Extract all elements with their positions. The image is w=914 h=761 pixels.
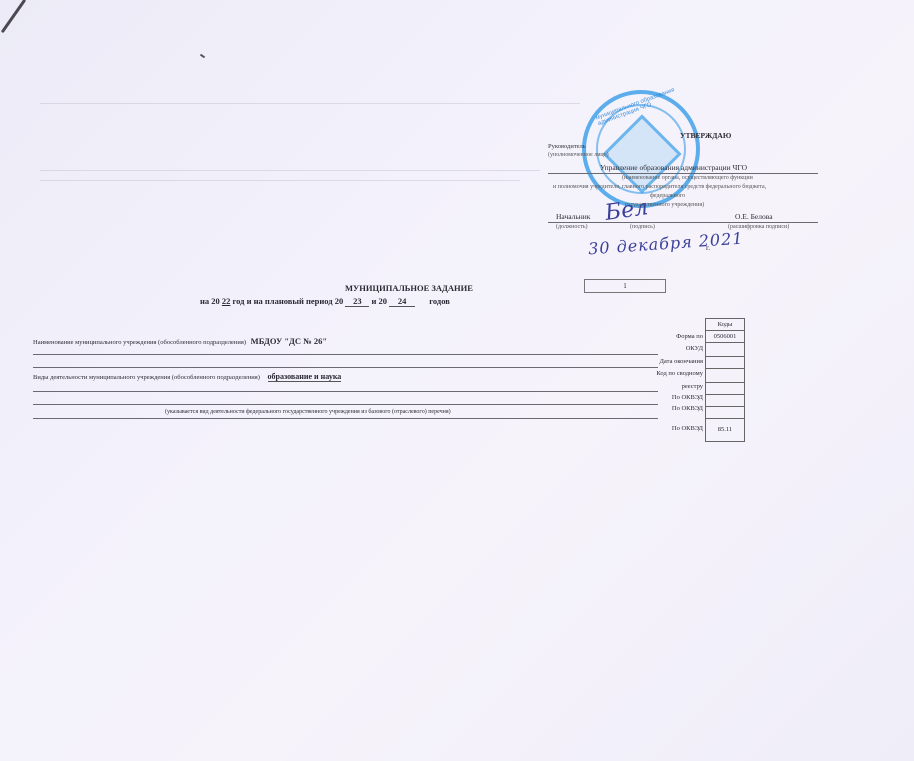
organization-note: и полномочия учредителя, главного распор…	[553, 184, 766, 190]
codes-header: Коды	[706, 319, 744, 331]
document-title: МУНИЦИПАЛЬНОЕ ЗАДАНИЕ	[345, 283, 473, 293]
code-label: реестру	[633, 383, 703, 390]
institution-label: Наименование муниципального учреждения (…	[33, 339, 246, 346]
code-value	[706, 407, 744, 419]
position-note: (должность)	[556, 224, 588, 230]
approved-label: УТВЕРЖДАЮ	[680, 131, 731, 140]
code-value	[706, 343, 744, 357]
year-plan-2: 24	[389, 296, 415, 307]
pen-mark	[1, 0, 26, 33]
official-stamp: муниципального образования администрация…	[582, 90, 700, 208]
activity-label: Виды деятельности муниципального учрежде…	[33, 374, 260, 381]
head-label: Руководитель	[548, 143, 586, 150]
code-label: По ОКВЭД	[633, 405, 703, 412]
institution-row: Наименование муниципального учреждения (…	[33, 336, 327, 346]
document-number: 1	[584, 279, 666, 293]
organization-note: федерального	[650, 193, 685, 199]
activity-value: образование и наука	[268, 372, 342, 382]
year-plan-1: 23	[345, 296, 369, 307]
code-label: Дата окончания	[633, 358, 703, 365]
code-label: ОКУД	[633, 345, 703, 352]
code-label: По ОКВЭД	[633, 425, 703, 432]
code-value	[706, 369, 744, 383]
institution-value: МБДОУ "ДС № 26"	[251, 336, 327, 346]
date-suffix: г.	[706, 243, 710, 252]
code-label: Форма по	[633, 333, 703, 340]
period-suffix: годов	[429, 296, 450, 306]
code-value: 0506001	[706, 331, 744, 343]
code-label: По ОКВЭД	[633, 394, 703, 401]
code-value	[706, 395, 744, 407]
code-value: 85.11	[706, 419, 744, 441]
organization-note: (наименование органа, осуществляющего фу…	[622, 175, 753, 181]
stamp-emblem-icon	[602, 114, 681, 193]
period-mid: год и на плановый период 20	[233, 296, 344, 306]
organization-name: Управление образования администрации ЧГО	[600, 163, 747, 172]
signer-name: О.Е. Белова	[735, 212, 773, 221]
activity-note: (указывается вид деятельности федерально…	[165, 409, 451, 415]
code-value	[706, 383, 744, 395]
head-sub: (уполномоченное лицо)	[548, 152, 609, 158]
signature-note: (подпись)	[630, 224, 655, 230]
speck-mark	[200, 54, 205, 59]
approval-date: 30 декабря 2021	[588, 229, 745, 259]
period-prefix: на 20	[200, 296, 220, 306]
year-main: 22	[222, 296, 231, 306]
period-line: на 20 22 год и на плановый период 20 23 …	[200, 296, 450, 307]
code-value	[706, 357, 744, 369]
code-label: Код по сводному	[633, 370, 703, 377]
position: Начальник	[556, 212, 590, 221]
codes-table: Коды 0506001 85.11	[705, 318, 745, 442]
period-and: и 20	[371, 296, 387, 306]
activity-row: Виды деятельности муниципального учрежде…	[33, 372, 341, 381]
